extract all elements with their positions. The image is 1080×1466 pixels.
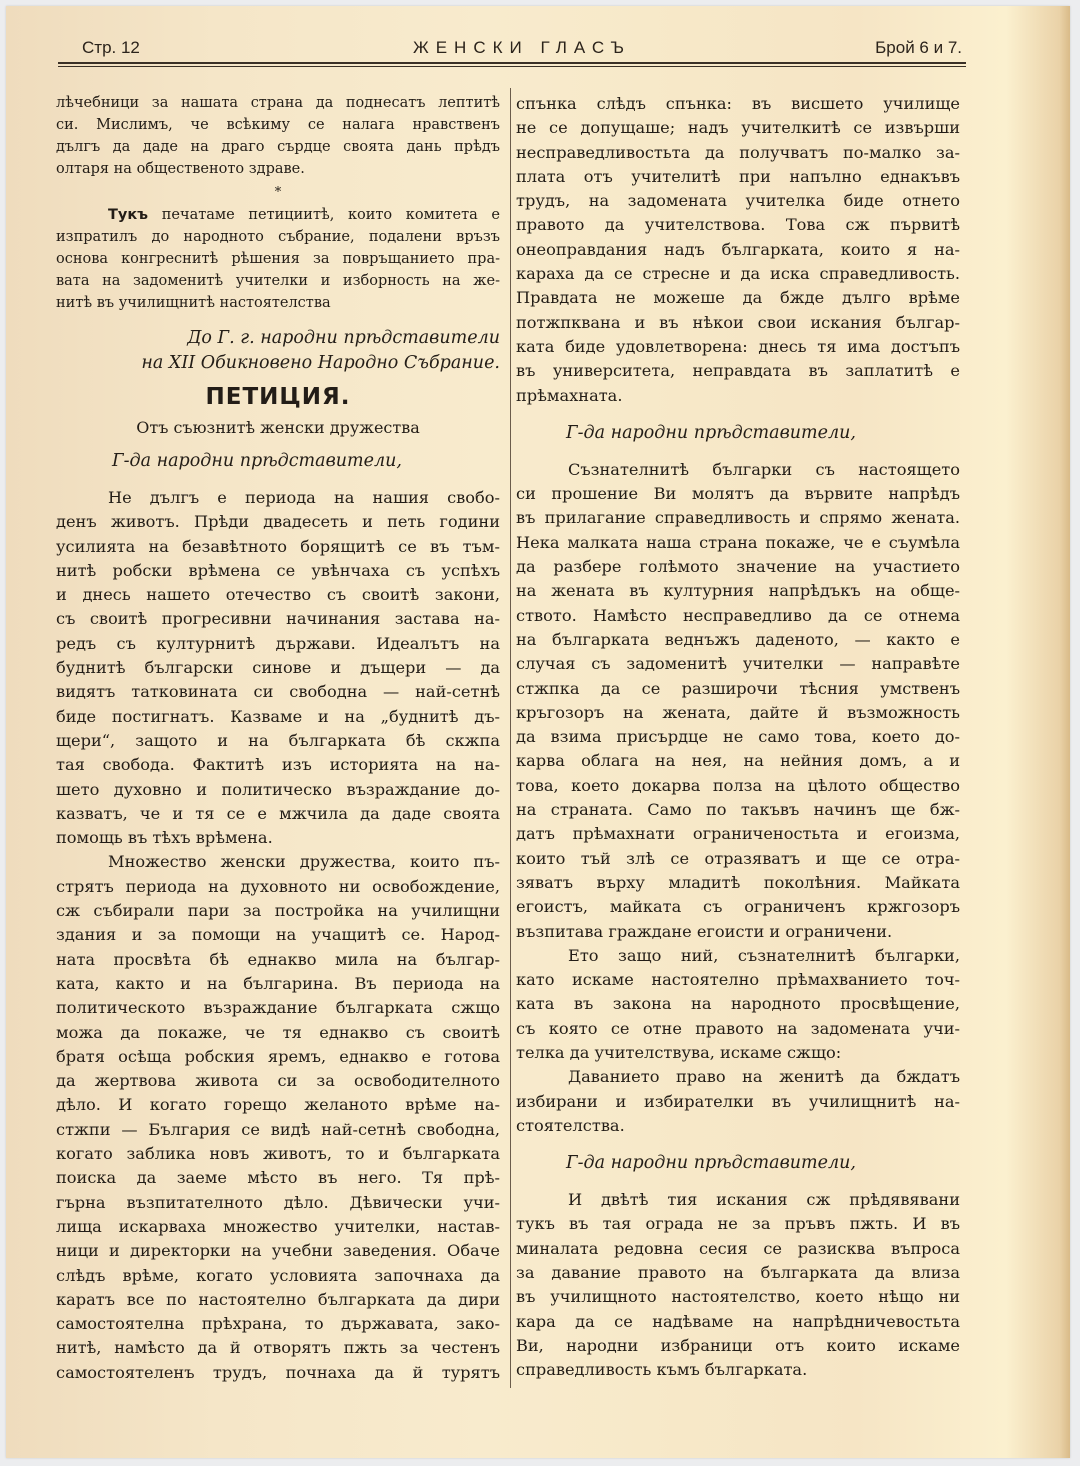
text-line: политическото възраждание българката сжщ… bbox=[56, 996, 500, 1020]
text-line: можа да покаже, че тя еднакво съ своитѣ bbox=[56, 1021, 500, 1045]
text-line: братя осѣща робския яремъ, еднакво е гот… bbox=[56, 1045, 500, 1069]
text-line: миналата редовна сесия се разисква въпро… bbox=[516, 1237, 960, 1261]
notice-paragraph: Тукъ печатаме петициитѣ, които комитета … bbox=[56, 204, 500, 314]
text-line: за давание правото на българката да влиз… bbox=[516, 1261, 960, 1285]
text-line: кръгозоръ на жената, дайте й възможность bbox=[516, 701, 960, 725]
text-line: ници и директорки на учебни заведения. О… bbox=[56, 1239, 500, 1263]
text-line: на жената въ културния напрѣдъкъ на обще… bbox=[516, 579, 960, 603]
text-line: да разбере голѣмото значение на участиет… bbox=[516, 555, 960, 579]
text-line: спънка слѣдъ спънка: въ висшето училище bbox=[516, 92, 960, 116]
text-line: И двѣтѣ тия искания сж прѣдявявани bbox=[516, 1188, 960, 1212]
salutation: Г-да народни прѣдставители, bbox=[516, 420, 960, 446]
text-line: избирани и избирателки въ училищнитѣ на- bbox=[516, 1090, 960, 1114]
text-line: въ университета, неправдата въ заплатитѣ… bbox=[516, 359, 960, 383]
text-line: шето духовно и политическо възраждание д… bbox=[56, 778, 500, 802]
text-line: Съзнателнитѣ българки съ настоящето bbox=[516, 458, 960, 482]
text-line: казватъ, че и тя се е мжчила да даде сво… bbox=[56, 802, 500, 826]
text-line: си. Мислимъ, че всѣкиму се налага нравст… bbox=[56, 114, 500, 136]
text-line: въ училищното настоятелство, което нѣщо … bbox=[516, 1285, 960, 1309]
text-line: Множество женски дружества, които пъ- bbox=[56, 850, 500, 874]
text-line: тукъ въ тая ограда не за пръвъ пжть. И в… bbox=[516, 1212, 960, 1236]
petition-subtitle: Отъ съюзнитѣ женски дружества bbox=[56, 416, 500, 440]
notice-text: печатаме петициитѣ, които комитета е bbox=[162, 207, 500, 223]
text-line: да жертвова живота си за освободителното bbox=[56, 1069, 500, 1093]
text-line: Ви, народни избраници отъ които искаме bbox=[516, 1334, 960, 1358]
petition-address: До Г. г. народни прѣдставители на XII Об… bbox=[56, 326, 500, 376]
petition-title: ПЕТИЦИЯ. bbox=[56, 382, 500, 412]
text-line: на българката веднъжъ даденото, — както … bbox=[516, 628, 960, 652]
text-line: съ своитѣ прогресивни начинания застава … bbox=[56, 607, 500, 631]
text-line: справедливость къмъ българката. bbox=[516, 1358, 960, 1382]
text-line: трудъ, на задоменатa учителка биде отнет… bbox=[516, 189, 960, 213]
text-line: усилията на безавѣтното борящитѣ се въ т… bbox=[56, 535, 500, 559]
text-line: ката въ закона на народното просвѣщение, bbox=[516, 992, 960, 1016]
text-line: ството. Намѣсто несправедливо да се отне… bbox=[516, 604, 960, 628]
text-line: въ прилагание справедливость и спрямо же… bbox=[516, 506, 960, 530]
newspaper-page: Стр. 12 ЖЕНСКИ ГЛАСЪ Брой 6 и 7. лѣчебни… bbox=[6, 6, 1070, 1458]
text-line: Нека малката наша страна покаже, че е съ… bbox=[516, 531, 960, 555]
text-line: вата на задоменитѣ учителки и изборность… bbox=[56, 270, 500, 292]
text-line: изпратилъ до народното събрание, подален… bbox=[56, 226, 500, 248]
text-line: случая съ задоменитѣ учителки — направѣт… bbox=[516, 652, 960, 676]
text-line: прѣмахната. bbox=[516, 384, 960, 408]
text-line: телка да учителствува, искаме сжщо: bbox=[516, 1041, 960, 1065]
text-line: когато заблика новъ животъ, то и българк… bbox=[56, 1142, 500, 1166]
text-line: нитѣ, намѣсто да й отворятъ пжть за чест… bbox=[56, 1336, 500, 1360]
text-line: плата отъ учителитѣ при напълно еднакъвъ bbox=[516, 165, 960, 189]
left-column: лѣчебници за нашата страна да поднесатъ … bbox=[56, 92, 500, 1385]
text-line: редъ съ културнитѣ държави. Идеалътъ на bbox=[56, 632, 500, 656]
text-line: съ която се отне правото на задоменатa у… bbox=[516, 1017, 960, 1041]
text-line: нитѣ робски врѣмена се увѣнчаха съ успѣх… bbox=[56, 559, 500, 583]
text-line: видятъ татковината си свободна — най-сет… bbox=[56, 680, 500, 704]
paragraph-4: Даванието право на женитѣ да бждатъ изби… bbox=[516, 1065, 960, 1138]
text-line: потжпквана и въ нѣкои свои искания бълга… bbox=[516, 311, 960, 335]
text-line: зяватъ върху младитѣ поколѣния. Майката bbox=[516, 871, 960, 895]
text-line: самостоятелна прѣхрана, то държавата, за… bbox=[56, 1312, 500, 1336]
right-column: спънка слѣдъ спънка: въ висшето училище … bbox=[516, 92, 960, 1383]
text-line: да взима присърдце не само това, което д… bbox=[516, 725, 960, 749]
address-line: До Г. г. народни прѣдставители bbox=[56, 326, 500, 351]
text-line: денъ животъ. Прѣди двадесеть и петь годи… bbox=[56, 510, 500, 534]
salutation: Г-да народни прѣдставители, bbox=[56, 448, 500, 474]
text-line: които тъй злѣ се отразяватъ и ще се отра… bbox=[516, 847, 960, 871]
text-line: поиска да заеме мѣсто въ него. Тя прѣ- bbox=[56, 1166, 500, 1190]
text-line: карва облага на нея, на нейния домъ, а и bbox=[516, 749, 960, 773]
text-line: на страната. Само по такъвъ начинъ ще бж… bbox=[516, 798, 960, 822]
text-line: стжпка да се разширочи тѣсния умственъ bbox=[516, 677, 960, 701]
text-line: ката биде удовлетворена: днесь тя има до… bbox=[516, 335, 960, 359]
text-line: дѣло. И когато горещо желаното врѣме на- bbox=[56, 1093, 500, 1117]
text-line: здания и за помощи на учащитѣ се. Народ- bbox=[56, 923, 500, 947]
text-line: и днесь нашето отечество съ своитѣ закон… bbox=[56, 583, 500, 607]
text-line: сж събирали пари за постройка на училищн… bbox=[56, 899, 500, 923]
text-line: егоистъ, майката съ ограниченъ кржгозоръ bbox=[516, 895, 960, 919]
text-line: буднитѣ български синове и дъщери — да bbox=[56, 656, 500, 680]
header-rule bbox=[58, 62, 966, 64]
text-line: датъ прѣмахнати ограниченостьта и егоизм… bbox=[516, 822, 960, 846]
section-separator: * bbox=[56, 184, 500, 202]
text-line: тая свобода. Фактитѣ изъ историята на на… bbox=[56, 753, 500, 777]
text-line: стоятелства. bbox=[516, 1114, 960, 1138]
text-line: основа конгреснитѣ рѣшения за повръщание… bbox=[56, 248, 500, 270]
address-line: на XII Обикновено Народно Събрание. bbox=[56, 351, 500, 376]
text-line: не се допущаше; надъ учителкитѣ се извър… bbox=[516, 116, 960, 140]
paragraph-2: Множество женски дружества, които пъ- ст… bbox=[56, 850, 500, 1385]
salutation: Г-да народни прѣдставители, bbox=[516, 1150, 960, 1176]
page-header: Стр. 12 ЖЕНСКИ ГЛАСЪ Брой 6 и 7. bbox=[82, 34, 962, 62]
text-line: това, което докарва полза на цѣлото обще… bbox=[516, 774, 960, 798]
paragraph-1: Не дългъ е периода на нашия свобо- денъ … bbox=[56, 486, 500, 850]
text-line: възпитава граждане егоисти и ограничени. bbox=[516, 920, 960, 944]
text-line: Ето защо ний, съзнателнитѣ българки, bbox=[516, 944, 960, 968]
paragraph-5: И двѣтѣ тия искания сж прѣдявявани тукъ … bbox=[516, 1188, 960, 1382]
text-line: самостоятеленъ трудъ, почнаха да й турят… bbox=[56, 1361, 500, 1385]
text-line: лища искарваха множество учителки, наста… bbox=[56, 1215, 500, 1239]
text-line: каратъ все по настоятелно българката да … bbox=[56, 1288, 500, 1312]
text-line: гърна възпитателното дѣло. Дѣвически учи… bbox=[56, 1191, 500, 1215]
text-line: караха да се стресне и да иска справедли… bbox=[516, 262, 960, 286]
text-line: несправедливостьта да получватъ по-малко… bbox=[516, 141, 960, 165]
text-line: правото да учителствова. Това сж първитѣ bbox=[516, 213, 960, 237]
text-line: нитѣ въ училищнитѣ настоятелства bbox=[56, 292, 500, 314]
text-line: Тукъ печатаме петициитѣ, които комитета … bbox=[56, 204, 500, 226]
text-line: онеоправдания надъ българката, които я н… bbox=[516, 238, 960, 262]
newspaper-title: ЖЕНСКИ ГЛАСЪ bbox=[82, 38, 962, 58]
text-line: щери“, защото и на българката бѣ скжпа bbox=[56, 729, 500, 753]
text-line: като искаме настоятелно прѣмахванието то… bbox=[516, 968, 960, 992]
column-divider bbox=[510, 88, 511, 1388]
text-line: лѣчебници за нашата страна да поднесатъ … bbox=[56, 92, 500, 114]
text-line: ката, както и на българина. Въ периода н… bbox=[56, 972, 500, 996]
text-line: Не дългъ е периода на нашия свобо- bbox=[56, 486, 500, 510]
text-line: биде постигнатъ. Казваме и на „буднитѣ д… bbox=[56, 705, 500, 729]
text-line: си прошение Ви молятъ да вървите напрѣдъ bbox=[516, 482, 960, 506]
text-line: Даванието право на женитѣ да бждатъ bbox=[516, 1065, 960, 1089]
text-line: помощь въ тѣхъ врѣмена. bbox=[56, 826, 500, 850]
text-line: ната просвѣта бѣ еднакво мила на българ- bbox=[56, 948, 500, 972]
text-line: кара да се надѣваме на напрѣдничевостьта bbox=[516, 1310, 960, 1334]
text-line: стжпи — България се видѣ най-сетнѣ свобо… bbox=[56, 1118, 500, 1142]
paragraph-2: Съзнателнитѣ българки съ настоящето си п… bbox=[516, 458, 960, 944]
intro-paragraph: лѣчебници за нашата страна да поднесатъ … bbox=[56, 92, 500, 180]
paragraph-continued: спънка слѣдъ спънка: въ висшето училище … bbox=[516, 92, 960, 408]
text-line: Правдата не можеше да бжде дълго врѣме bbox=[516, 286, 960, 310]
issue-number: Брой 6 и 7. bbox=[875, 38, 962, 58]
text-line: дългъ да даде на драго сърдце своята дан… bbox=[56, 136, 500, 158]
text-line: олтаря на общественото здраве. bbox=[56, 158, 500, 180]
text-line: слѣдъ врѣме, когато условията започнаха … bbox=[56, 1264, 500, 1288]
header-rule-thin bbox=[58, 66, 966, 67]
paragraph-3: Ето защо ний, съзнателнитѣ българки, кат… bbox=[516, 944, 960, 1065]
text-line: стрятъ периода на духовното ни освобожде… bbox=[56, 875, 500, 899]
notice-lead: Тукъ bbox=[108, 207, 148, 223]
